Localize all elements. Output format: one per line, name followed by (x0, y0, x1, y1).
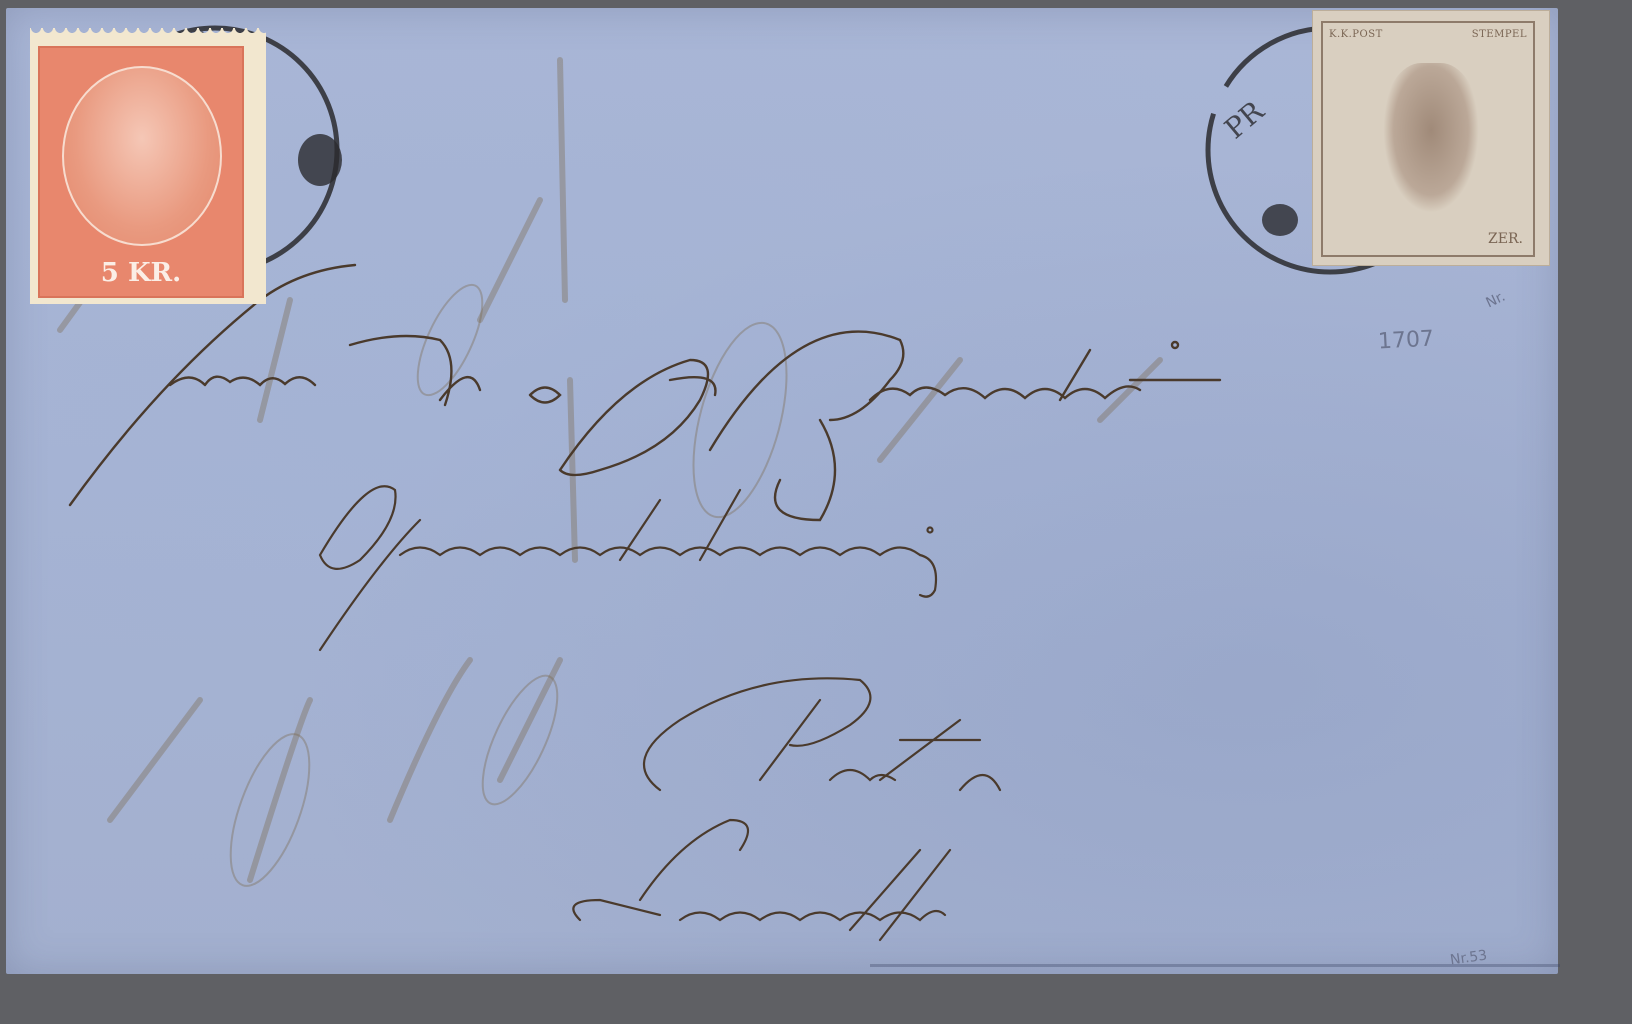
red-stamp: 5 KR. (30, 28, 266, 304)
brown-stamp-top-left-text: K.K.POST (1329, 29, 1383, 40)
portrait-medallion (62, 66, 222, 246)
pencil-catalog-number: 1707 (1377, 327, 1434, 355)
right-postmark-text: PR (1218, 94, 1270, 146)
red-stamp-design: 5 KR. (38, 46, 244, 298)
red-stamp-denomination: 5 KR. (40, 258, 242, 288)
brown-stamp-bottom-text: ZER. (1488, 231, 1523, 247)
brown-stamp-frame: K.K.POST STEMPEL ZER. (1321, 21, 1535, 257)
brown-stamp-top-right-text: STEMPEL (1472, 29, 1527, 40)
brown-stamp: K.K.POST STEMPEL ZER. (1312, 10, 1550, 266)
coat-of-arms-icon (1383, 63, 1479, 213)
